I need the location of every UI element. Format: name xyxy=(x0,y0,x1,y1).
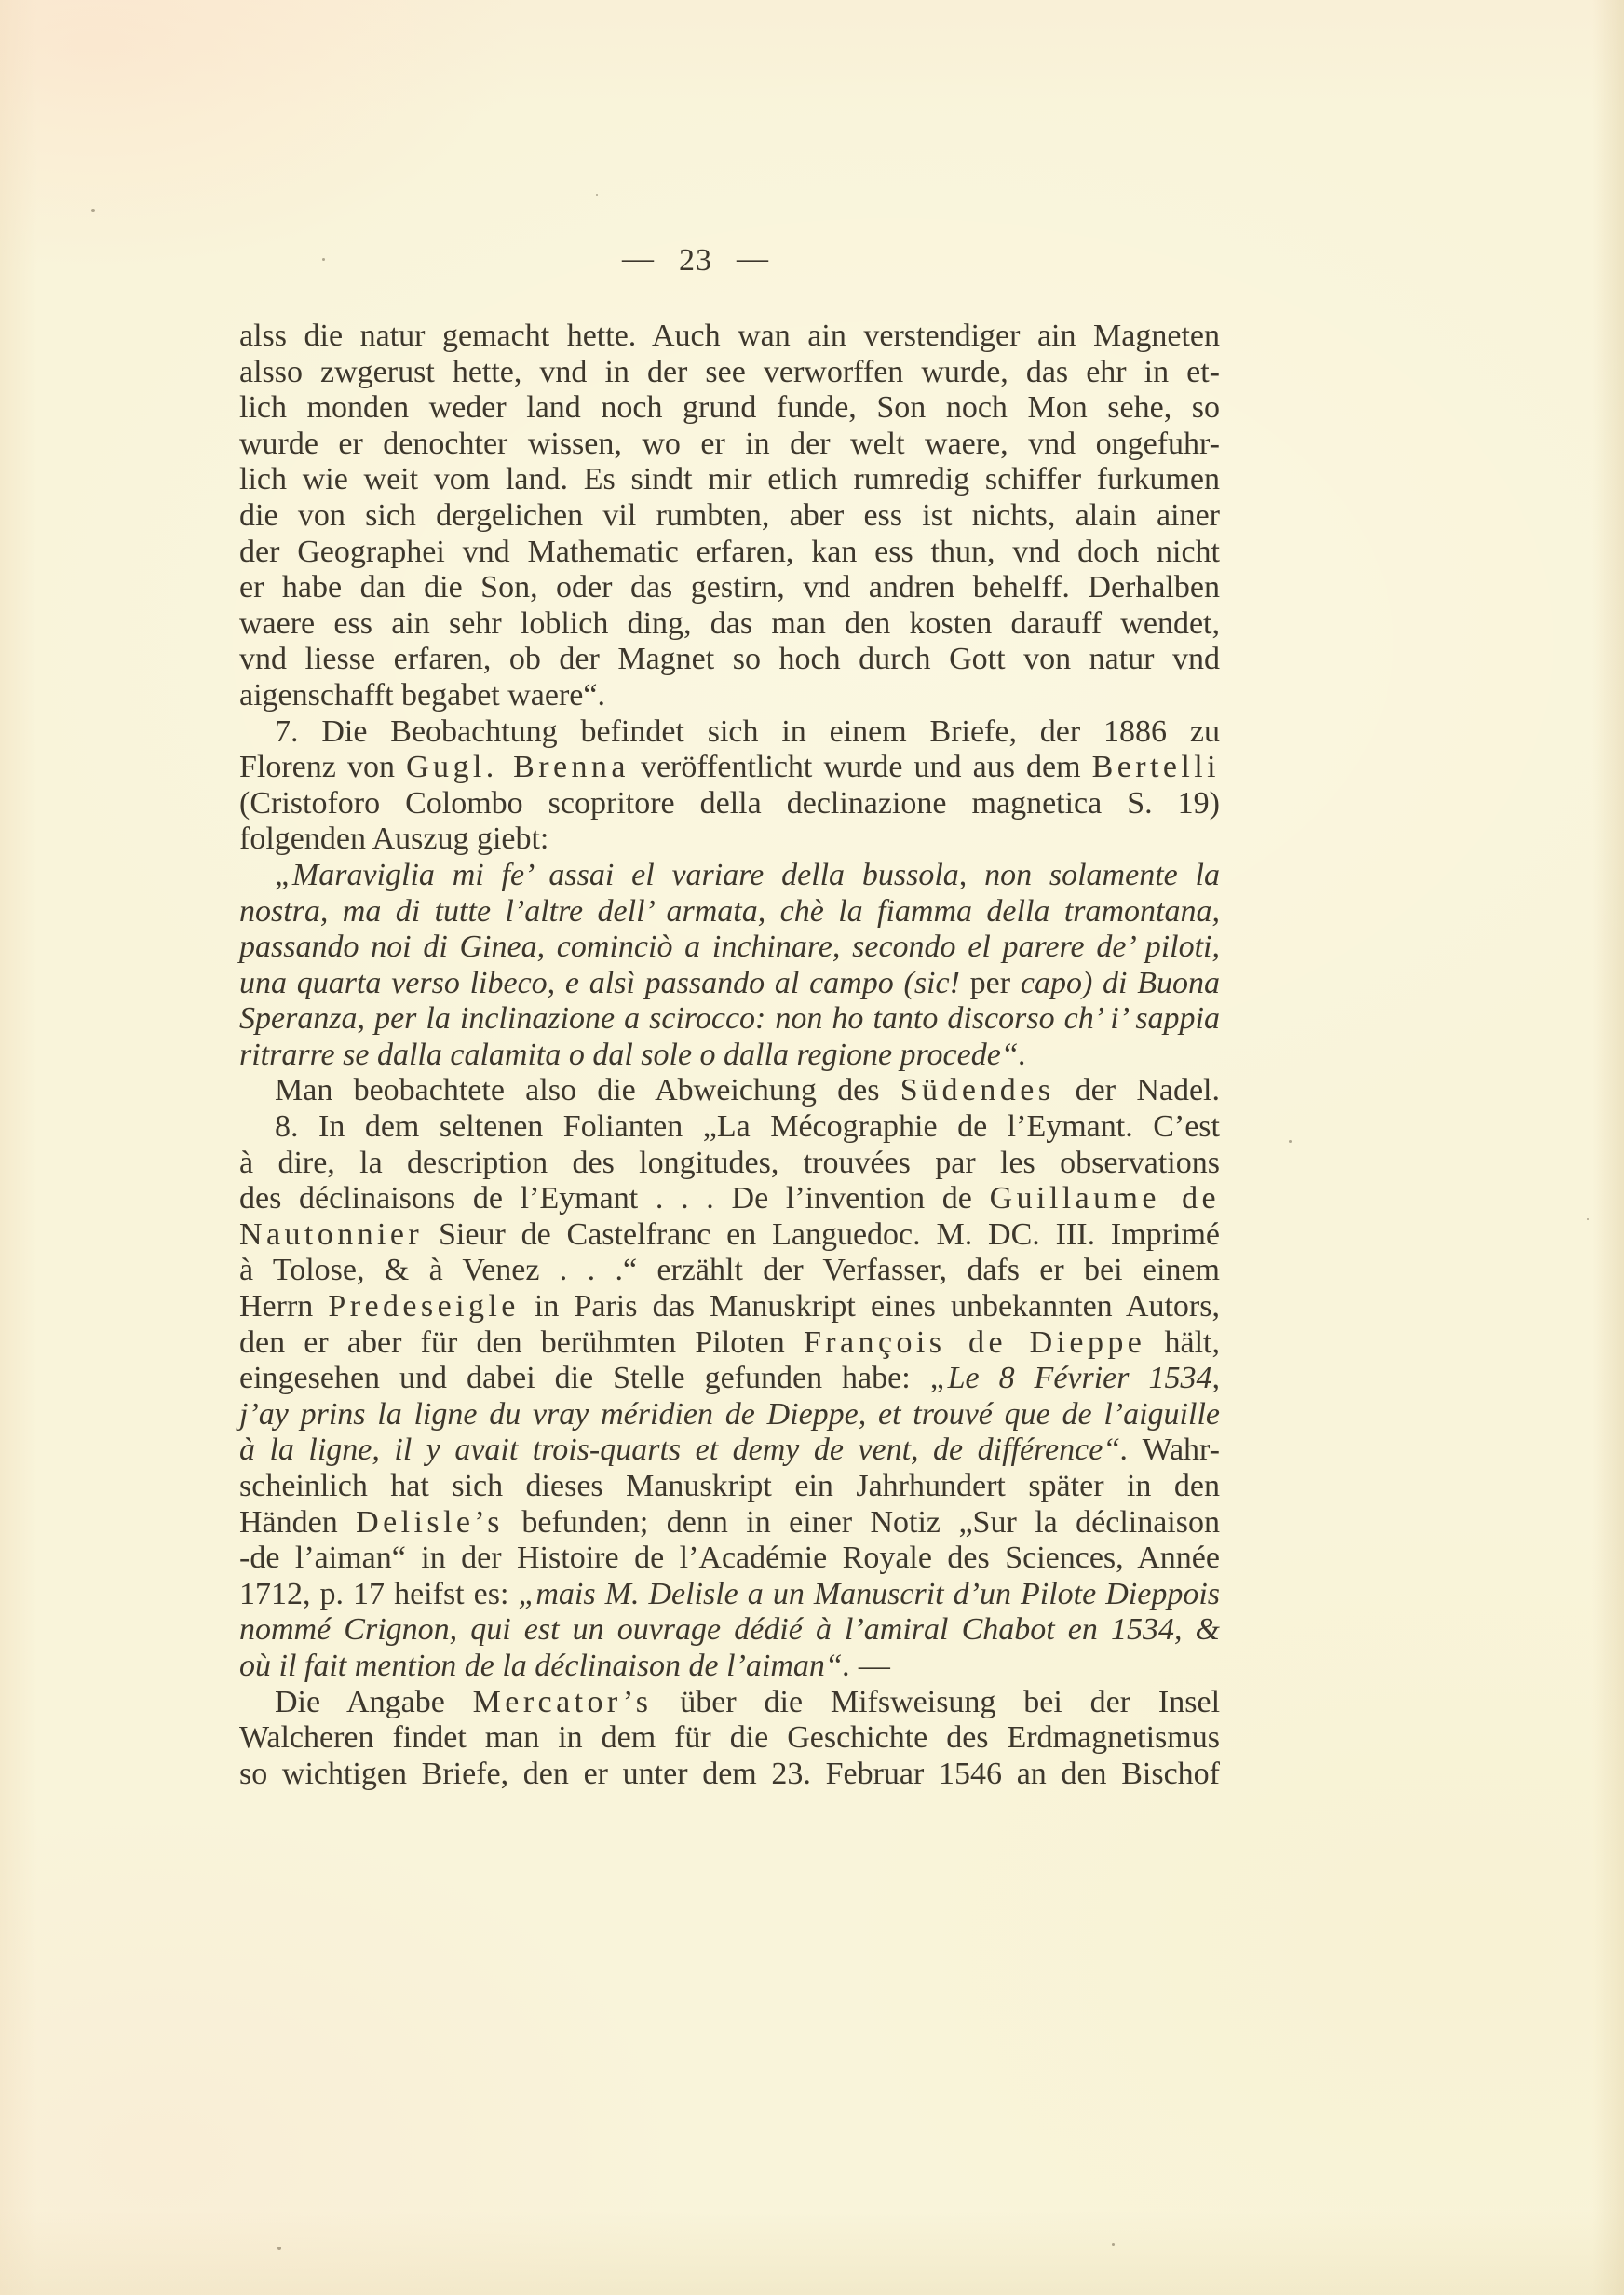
header-dash-left: — xyxy=(622,238,655,279)
text-line: des déclinaisons de l’Eymant . . . De l’… xyxy=(239,1181,1220,1217)
text-line: Nautonnier Sieur de Castelfranc en Langu… xyxy=(239,1217,1220,1254)
text-line: 7. Die Beobachtung befindet sich in eine… xyxy=(239,714,1220,751)
text-line: à dire, la description des longitudes, t… xyxy=(239,1146,1220,1182)
text-line: Die Angabe Mercator’s über die Mifsweisu… xyxy=(239,1685,1220,1721)
text-line: à Tolose, & à Venez . . .“ erzählt der V… xyxy=(239,1253,1220,1289)
text-line: à la ligne, il y avait trois-quarts et d… xyxy=(239,1433,1220,1469)
paper-speck xyxy=(1289,1140,1292,1143)
text-line: wurde er denochter wissen, wo er in der … xyxy=(239,427,1220,463)
text-line: waere ess ain sehr loblich ding, das man… xyxy=(239,606,1220,643)
page-number-header: —23— xyxy=(239,240,1152,281)
paper-speck xyxy=(322,258,325,261)
text-line: (Cristoforo Colombo scopritore della dec… xyxy=(239,786,1220,822)
text-line: una quarta verso libeco, e alsì passando… xyxy=(239,966,1220,1002)
text-line: „Maraviglia mi fe’ assai el variare dell… xyxy=(239,858,1220,894)
text-line: Florenz von Gugl. Brenna veröffentlicht … xyxy=(239,750,1220,786)
text-line: Händen Delisle’s befunden; denn in einer… xyxy=(239,1505,1220,1541)
text-line: eingesehen und dabei die Stelle gefunden… xyxy=(239,1361,1220,1397)
text-line: lich wie weit vom land. Es sindt mir etl… xyxy=(239,462,1220,498)
text-line: j’ay prins la ligne du vray méridien de … xyxy=(239,1397,1220,1433)
text-line: alsso zwgerust hette, vnd in der see ver… xyxy=(239,355,1220,391)
text-line: nostra, ma di tutte l’altre dell’ armata… xyxy=(239,894,1220,930)
text-line: scheinlich hat sich dieses Manuskript ei… xyxy=(239,1469,1220,1505)
text-line: Man beobachtete also die Abweichung des … xyxy=(239,1073,1220,1109)
text-line: er habe dan die Son, oder das gestirn, v… xyxy=(239,570,1220,606)
paper-speck xyxy=(596,194,598,196)
text-line: passando noi di Ginea, cominciò a inchin… xyxy=(239,930,1220,966)
paper-speck xyxy=(1112,2243,1115,2246)
text-line: 1712, p. 17 heifst es: „mais M. Delisle … xyxy=(239,1577,1220,1613)
text-line: où il fait mention de la déclinaison de … xyxy=(239,1649,1220,1685)
paper-speck xyxy=(1587,1218,1589,1220)
text-line: nommé Crignon, qui est un ouvrage dédié … xyxy=(239,1612,1220,1649)
text-line: ritrarre se dalla calamita o dal sole o … xyxy=(239,1038,1220,1074)
text-line: folgenden Auszug giebt: xyxy=(239,822,1220,858)
paper-speck xyxy=(91,209,95,212)
paper-speck xyxy=(277,2247,281,2250)
text-line: 8. In dem seltenen Folianten „La Mécogra… xyxy=(239,1109,1220,1146)
page-number: 23 xyxy=(679,243,712,278)
text-line: so wichtigen Briefe, den er unter dem 23… xyxy=(239,1757,1220,1793)
text-block: alss die natur gemacht hette. Auch wan a… xyxy=(239,319,1220,1792)
text-line: Walcheren findet man in dem für die Gesc… xyxy=(239,1720,1220,1757)
text-line: aigenschafft begabet waere“. xyxy=(239,678,1220,714)
text-line: lich monden weder land noch grund funde,… xyxy=(239,390,1220,427)
text-line: Speranza, per la inclinazione a scirocco… xyxy=(239,1001,1220,1038)
text-line: den er aber für den berühmten Piloten Fr… xyxy=(239,1325,1220,1362)
text-line: -de l’aiman“ in der Histoire de l’Académ… xyxy=(239,1541,1220,1577)
text-line: alss die natur gemacht hette. Auch wan a… xyxy=(239,319,1220,355)
text-line: der Geographei vnd Mathematic erfaren, k… xyxy=(239,535,1220,571)
text-line: vnd liesse erfaren, ob der Magnet so hoc… xyxy=(239,642,1220,678)
text-line: Herrn Predeseigle in Paris das Manuskrip… xyxy=(239,1289,1220,1325)
text-line: die von sich dergelichen vil rumbten, ab… xyxy=(239,498,1220,535)
scanned-book-page: —23— alss die natur gemacht hette. Auch … xyxy=(0,0,1624,2295)
header-dash-right: — xyxy=(737,238,769,279)
